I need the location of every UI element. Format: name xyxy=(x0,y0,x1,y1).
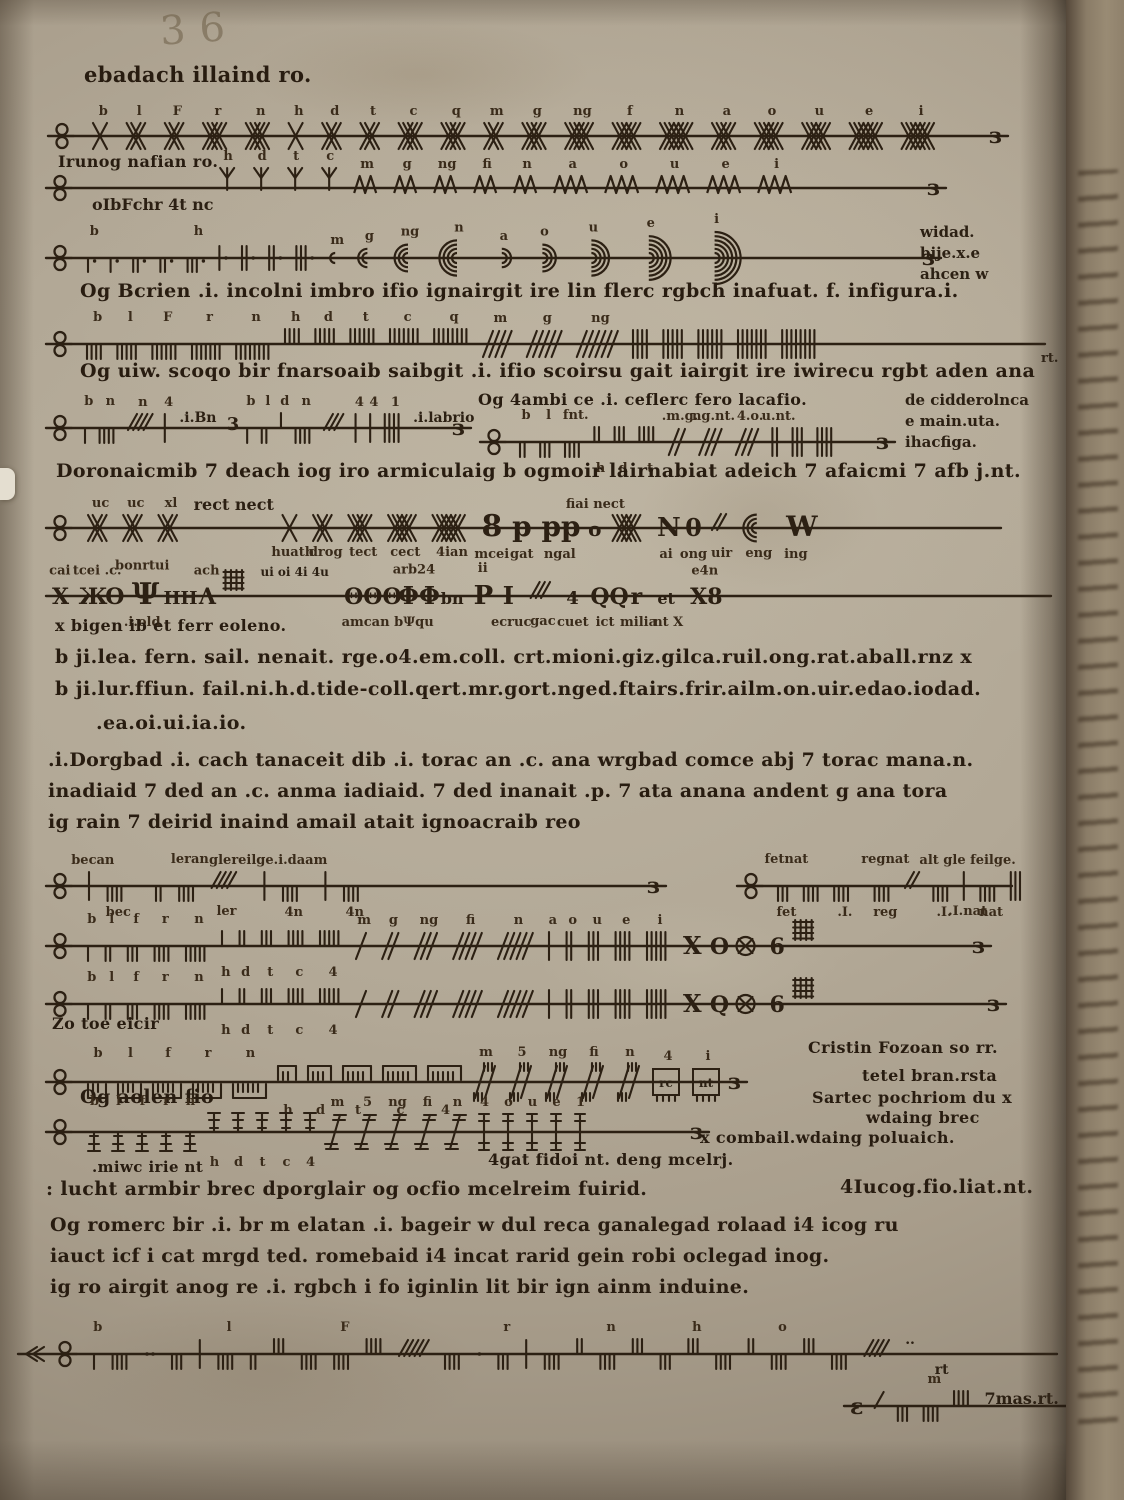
svg-text:ɜ: ɜ xyxy=(728,1069,741,1095)
paragraph-2: Og romerc bir .i. br m elatan .i. bageir… xyxy=(50,1210,899,1303)
svg-text:nt: nt xyxy=(699,1076,714,1090)
svg-text:fnt.: fnt. xyxy=(563,408,589,423)
svg-text:f: f xyxy=(627,104,634,119)
svg-text:d: d xyxy=(330,104,339,119)
svg-text:gac: gac xyxy=(530,614,556,629)
svg-text:g: g xyxy=(543,311,552,326)
text-line-1: Og Bcrien .i. incolni imbro ifio ignairg… xyxy=(80,280,959,302)
svg-text:cuet: cuet xyxy=(557,615,589,630)
svg-text:f: f xyxy=(133,970,140,985)
svg-text:l: l xyxy=(546,408,551,423)
svg-text:uc: uc xyxy=(127,496,144,511)
margin-note-line: de cidderolnca xyxy=(905,390,1029,411)
svg-text:o: o xyxy=(768,104,777,119)
svg-text:milia: milia xyxy=(620,615,658,630)
svg-text:e: e xyxy=(647,216,655,231)
svg-text:Ж: Ж xyxy=(79,584,108,610)
text-sartec: Sartec pochriom du x xyxy=(812,1088,1012,1107)
svg-text:n: n xyxy=(246,1046,256,1061)
svg-text:uc: uc xyxy=(92,496,109,511)
svg-text:ɜ: ɜ xyxy=(927,175,940,201)
svg-text:e4n: e4n xyxy=(691,564,718,579)
svg-text:b: b xyxy=(87,912,96,927)
svg-text:o: o xyxy=(568,913,577,928)
text-cristin: Cristin Fozoan so rr. xyxy=(808,1038,998,1057)
svg-text:d: d xyxy=(234,1155,243,1170)
svg-text:6: 6 xyxy=(770,934,785,960)
page-edge-shadow-bottom xyxy=(0,1440,1124,1500)
svg-text:W: W xyxy=(785,510,818,543)
svg-text:d: d xyxy=(280,394,289,409)
svg-text:b: b xyxy=(90,1094,99,1109)
svg-text:i: i xyxy=(919,104,924,119)
svg-text:alt gle feilge.: alt gle feilge. xyxy=(919,853,1015,868)
svg-text:m: m xyxy=(330,233,344,248)
svg-text:n: n xyxy=(625,1045,635,1060)
svg-text:r: r xyxy=(205,1046,212,1061)
svg-text:g: g xyxy=(403,157,412,172)
svg-text:n: n xyxy=(453,1095,463,1110)
svg-text:ε: ε xyxy=(850,1394,863,1420)
svg-text:X: X xyxy=(52,584,70,610)
svg-text:t: t xyxy=(259,1155,265,1170)
svg-text:o: o xyxy=(540,225,549,240)
svg-text:ɜ: ɜ xyxy=(989,123,1002,149)
text-letter-names-1: b ji.lea. fern. sail. nenait. rge.o4.em.… xyxy=(55,646,972,668)
svg-text:4: 4 xyxy=(566,588,579,609)
svg-text:n: n xyxy=(194,970,204,985)
svg-text:N: N xyxy=(657,513,681,543)
paragraph-line: iauct icf i cat mrgd ted. romebaid i4 in… xyxy=(50,1241,899,1272)
svg-text:m: m xyxy=(479,1045,493,1060)
text-line-8: Zo toe eicir xyxy=(52,1014,159,1033)
text-line-4: x bigen ib et ferr eoleno. xyxy=(55,616,287,635)
svg-text:r: r xyxy=(631,584,643,610)
text-ogaimbi: Og 4ambi ce .i. ceflerc fero lacafio. xyxy=(478,390,807,409)
svg-text:Λ: Λ xyxy=(198,584,217,610)
svg-text:h: h xyxy=(194,224,204,239)
svg-text:h: h xyxy=(210,1155,220,1170)
svg-text:e: e xyxy=(722,157,730,172)
svg-text:q: q xyxy=(452,104,461,119)
svg-text:8: 8 xyxy=(481,509,502,544)
svg-text:fi: fi xyxy=(466,913,476,928)
svg-text:n: n xyxy=(522,157,532,172)
svg-text:glereilge.i.daam: glereilge.i.daam xyxy=(209,853,328,868)
svg-text:ng: ng xyxy=(573,104,592,119)
svg-text:u: u xyxy=(589,220,598,235)
svg-text:oIbFchr 4t nc: oIbFchr 4t nc xyxy=(92,195,214,214)
svg-text:q: q xyxy=(450,310,459,325)
svg-text:r: r xyxy=(206,310,213,325)
svg-text:4: 4 xyxy=(663,1049,672,1064)
svg-text:4: 4 xyxy=(355,395,364,410)
text-letter-names-2: b ji.lur.ffiun. fail.ni.h.d.tide-coll.qe… xyxy=(55,678,981,700)
svg-text:QQ: QQ xyxy=(590,584,628,610)
svg-text:i: i xyxy=(706,1049,711,1064)
page-tear-notch xyxy=(0,468,15,500)
svg-text:m: m xyxy=(927,1372,941,1387)
svg-text:r: r xyxy=(214,104,221,119)
svg-text:l: l xyxy=(109,912,114,927)
text-line-10b: 4gat fidoi nt. deng mcelrj. xyxy=(488,1150,734,1169)
paragraph-line: .i.Dorgbad .i. cach tanaceit dib .i. tor… xyxy=(48,745,973,776)
heading-ebadach: ebadach illaind ro. xyxy=(84,62,312,87)
svg-text:r: r xyxy=(162,970,169,985)
svg-text:l: l xyxy=(265,394,270,409)
text-line-3: Doronaicmib 7 deach iog iro armiculaig b… xyxy=(56,460,1021,482)
ogham-row-alphabet-2: blfrnhdtc4XQ6ɜ xyxy=(44,972,1009,1040)
svg-text:ΘΘΘ: ΘΘΘ xyxy=(344,584,402,610)
svg-text:n: n xyxy=(194,912,204,927)
margin-note-line: bije.x.e xyxy=(920,243,988,264)
svg-text:4.o.: 4.o. xyxy=(737,409,764,424)
adjacent-page-edge xyxy=(1066,0,1124,1500)
svg-text:O: O xyxy=(105,584,124,610)
svg-text:b: b xyxy=(93,1046,102,1061)
svg-text:..: .. xyxy=(905,1332,915,1348)
svg-text:pp: pp xyxy=(541,510,580,543)
svg-text:r: r xyxy=(503,1320,510,1335)
svg-text:h: h xyxy=(692,1320,702,1335)
svg-text:u: u xyxy=(592,913,601,928)
svg-text:l: l xyxy=(227,1320,232,1335)
svg-text:fiai nect: fiai nect xyxy=(566,497,625,512)
svg-text:.i.labrio: .i.labrio xyxy=(413,410,474,426)
svg-text:u: u xyxy=(815,104,824,119)
svg-text:a: a xyxy=(500,229,509,244)
text-combail: x combail.wdaing poluaich. xyxy=(700,1128,955,1147)
svg-text:ict: ict xyxy=(596,615,615,630)
svg-text:a: a xyxy=(723,104,732,119)
svg-text:fi: fi xyxy=(423,1095,433,1110)
svg-text:becan: becan xyxy=(71,853,115,868)
svg-text:ng: ng xyxy=(591,311,610,326)
svg-text:b: b xyxy=(99,104,108,119)
svg-text:X8: X8 xyxy=(690,584,722,610)
margin-note-right-1: widad. bije.x.e ahcen w xyxy=(920,222,988,285)
svg-text:4: 4 xyxy=(164,395,173,410)
svg-text:a: a xyxy=(549,913,558,928)
svg-text:X: X xyxy=(683,931,702,960)
svg-text:5: 5 xyxy=(517,1045,526,1060)
adjacent-page-text-blur xyxy=(1078,169,1118,1430)
svg-text:o: o xyxy=(504,1095,513,1110)
page-edge-shadow-left xyxy=(0,0,34,1500)
svg-text:regnat: regnat xyxy=(861,852,909,867)
svg-text:l: l xyxy=(128,310,133,325)
svg-text:b: b xyxy=(87,970,96,985)
svg-text:ng: ng xyxy=(438,157,457,172)
svg-text:d: d xyxy=(324,310,333,325)
svg-text:ɜ: ɜ xyxy=(987,991,1000,1017)
svg-text:e: e xyxy=(622,913,630,928)
svg-text:Q: Q xyxy=(710,992,729,1018)
svg-text:m: m xyxy=(490,104,504,119)
text-line-10a: .miwc irie nt xyxy=(92,1158,203,1176)
svg-text:e: e xyxy=(865,104,873,119)
svg-text:m: m xyxy=(360,157,374,172)
svg-text:c: c xyxy=(404,310,412,325)
margin-note-line: widad. xyxy=(920,222,988,243)
svg-text:n: n xyxy=(675,104,685,119)
svg-text:c: c xyxy=(283,1155,291,1170)
paragraph-line: ig rain 7 deirid inaind amail atait igno… xyxy=(48,807,973,838)
svg-text:i: i xyxy=(774,157,779,172)
svg-text:Ψ: Ψ xyxy=(132,577,160,612)
manuscript-photo: 36 ebadach illaind ro. blFrnhdtcqmgngfna… xyxy=(0,0,1124,1500)
svg-text:g: g xyxy=(389,913,398,928)
svg-text:n: n xyxy=(606,1320,616,1335)
svg-text:h: h xyxy=(294,104,304,119)
svg-text:g: g xyxy=(533,104,542,119)
svg-text:ii: ii xyxy=(478,561,488,576)
svg-text:m: m xyxy=(357,913,371,928)
svg-text:b: b xyxy=(90,224,99,239)
folio-number: 36 xyxy=(158,3,240,54)
svg-text:t: t xyxy=(363,310,369,325)
svg-text:b: b xyxy=(522,408,531,423)
svg-text:g: g xyxy=(365,229,374,244)
svg-text:u: u xyxy=(670,157,679,172)
svg-text:.i.Bn: .i.Bn xyxy=(179,410,216,426)
svg-text:u: u xyxy=(528,1095,537,1110)
svg-text:X: X xyxy=(683,989,702,1018)
svg-text:e: e xyxy=(552,1095,560,1110)
svg-text:cai: cai xyxy=(49,564,70,579)
svg-text:F: F xyxy=(163,310,173,325)
svg-text:I: I xyxy=(503,581,514,610)
svg-text:bn: bn xyxy=(441,589,464,608)
svg-text:xl: xl xyxy=(165,496,178,511)
svg-text:rc: rc xyxy=(659,1076,673,1090)
ogham-row-short-left: bnn4.i.Bn3bldn441.i.labrioɜ xyxy=(44,396,474,460)
svg-text:c: c xyxy=(326,149,334,164)
svg-text:tcei: tcei xyxy=(73,564,100,579)
svg-text:n: n xyxy=(256,104,266,119)
text-line-11b: 4Iucog.fio.liat.nt. xyxy=(840,1176,1033,1198)
text-forfeda: .ea.oi.ui.ia.io. xyxy=(96,712,247,734)
paragraph-line: ig ro airgit anog re .i. rgbch i fo igin… xyxy=(50,1272,899,1303)
svg-text:b: b xyxy=(84,394,93,409)
svg-text:ΦΦ: ΦΦ xyxy=(398,581,440,610)
svg-text:i: i xyxy=(714,212,719,227)
text-tetel: tetel bran.rsta xyxy=(862,1066,997,1085)
paragraph-line: inadiaid 7 ded an .c. anma iadiaid. 7 de… xyxy=(48,776,973,807)
svg-text:ecruc: ecruc xyxy=(491,615,531,630)
svg-text:F: F xyxy=(173,104,183,119)
paragraph-1: .i.Dorgbad .i. cach tanaceit dib .i. tor… xyxy=(48,745,973,838)
svg-text:n: n xyxy=(106,394,116,409)
margin-note-line: ihacfiga. xyxy=(905,432,1029,453)
svg-text:o: o xyxy=(619,157,628,172)
svg-text:amcan: amcan xyxy=(342,615,391,630)
svg-text:i: i xyxy=(658,913,663,928)
text-wdaing: wdaing brec xyxy=(866,1108,980,1127)
svg-text:ɜ: ɜ xyxy=(876,429,889,455)
svg-text:n: n xyxy=(454,220,464,235)
svg-text:bonrtui: bonrtui xyxy=(115,559,170,574)
svg-text:p: p xyxy=(512,510,532,543)
svg-text:ach: ach xyxy=(194,564,220,579)
svg-text:0: 0 xyxy=(685,513,702,542)
svg-text:ng.nt.: ng.nt. xyxy=(692,409,735,424)
svg-text:ng: ng xyxy=(388,1095,407,1110)
svg-text:ng: ng xyxy=(401,225,420,240)
svg-text:fi: fi xyxy=(589,1045,599,1060)
svg-text:ɜ: ɜ xyxy=(647,873,660,899)
svg-text:n: n xyxy=(186,1094,196,1109)
svg-text:bΨqu: bΨqu xyxy=(394,615,434,630)
svg-text:u.nt.: u.nt. xyxy=(762,409,796,424)
text-line-11a: : lucht armbir brec dporglair og ocfio m… xyxy=(46,1178,647,1200)
svg-text:l: l xyxy=(128,1046,133,1061)
svg-text:F: F xyxy=(340,1320,350,1335)
svg-text:ɜ: ɜ xyxy=(452,415,465,441)
svg-text:r: r xyxy=(163,1094,170,1109)
svg-text:n: n xyxy=(138,395,148,410)
ogham-row-fetnat: fetnatfet.I.regnatreg.I.alt gle feilge..… xyxy=(735,838,1015,928)
margin-note-right-2: de cidderolnca e main.uta. ihacfiga. xyxy=(905,390,1029,453)
svg-text:d: d xyxy=(258,149,267,164)
svg-text:6: 6 xyxy=(770,992,785,1018)
svg-text:HH: HH xyxy=(164,588,198,609)
svg-text:fi: fi xyxy=(482,157,492,172)
svg-text:ng: ng xyxy=(420,913,439,928)
svg-text:m: m xyxy=(494,311,508,326)
svg-text:ɜ: ɜ xyxy=(972,933,985,959)
text-line-2: Og uiw. scoqo bir fnarsoaib saibgit .i. … xyxy=(80,360,1035,382)
svg-text:o: o xyxy=(778,1320,787,1335)
paragraph-line: Og romerc bir .i. br m elatan .i. bageir… xyxy=(50,1210,899,1241)
svg-text:1: 1 xyxy=(576,1095,585,1110)
svg-text:4: 4 xyxy=(306,1155,315,1170)
svg-text:et: et xyxy=(657,589,675,608)
svg-text:nt X: nt X xyxy=(653,615,684,630)
binding-gutter-shadow xyxy=(1020,0,1068,1500)
svg-text:n: n xyxy=(251,310,261,325)
svg-text:t: t xyxy=(370,104,376,119)
svg-text:leran: leran xyxy=(171,852,209,867)
svg-text:c: c xyxy=(410,104,418,119)
svg-text:O: O xyxy=(710,934,729,960)
svg-text:a: a xyxy=(568,157,577,172)
svg-text:b: b xyxy=(93,310,102,325)
svg-text:o: o xyxy=(588,517,601,541)
svg-text:ng: ng xyxy=(549,1045,568,1060)
svg-text:b: b xyxy=(246,394,255,409)
svg-text:fetnat: fetnat xyxy=(765,852,809,867)
svg-text:4: 4 xyxy=(369,395,378,410)
svg-text:l: l xyxy=(137,104,142,119)
svg-text:n: n xyxy=(514,913,524,928)
svg-text:b: b xyxy=(93,1320,102,1335)
svg-text:l: l xyxy=(116,1094,121,1109)
svg-text:h: h xyxy=(291,310,301,325)
svg-text:n: n xyxy=(302,394,312,409)
svg-text:P: P xyxy=(474,581,494,611)
svg-text:rect nect: rect nect xyxy=(194,495,275,514)
svg-text:r: r xyxy=(162,912,169,927)
svg-text:4: 4 xyxy=(480,1095,489,1110)
svg-text:l: l xyxy=(109,970,114,985)
svg-text:3: 3 xyxy=(227,414,240,435)
margin-note-line: e main.uta. xyxy=(905,411,1029,432)
svg-text:1: 1 xyxy=(391,395,400,410)
svg-text:h: h xyxy=(223,149,233,164)
svg-text:f: f xyxy=(165,1046,172,1061)
svg-text:5: 5 xyxy=(363,1095,372,1110)
svg-text:m: m xyxy=(331,1095,345,1110)
svg-text:t: t xyxy=(293,149,299,164)
svg-text:ui oi 4i 4u: ui oi 4i 4u xyxy=(260,565,329,579)
svg-text:arb24: arb24 xyxy=(393,562,435,577)
